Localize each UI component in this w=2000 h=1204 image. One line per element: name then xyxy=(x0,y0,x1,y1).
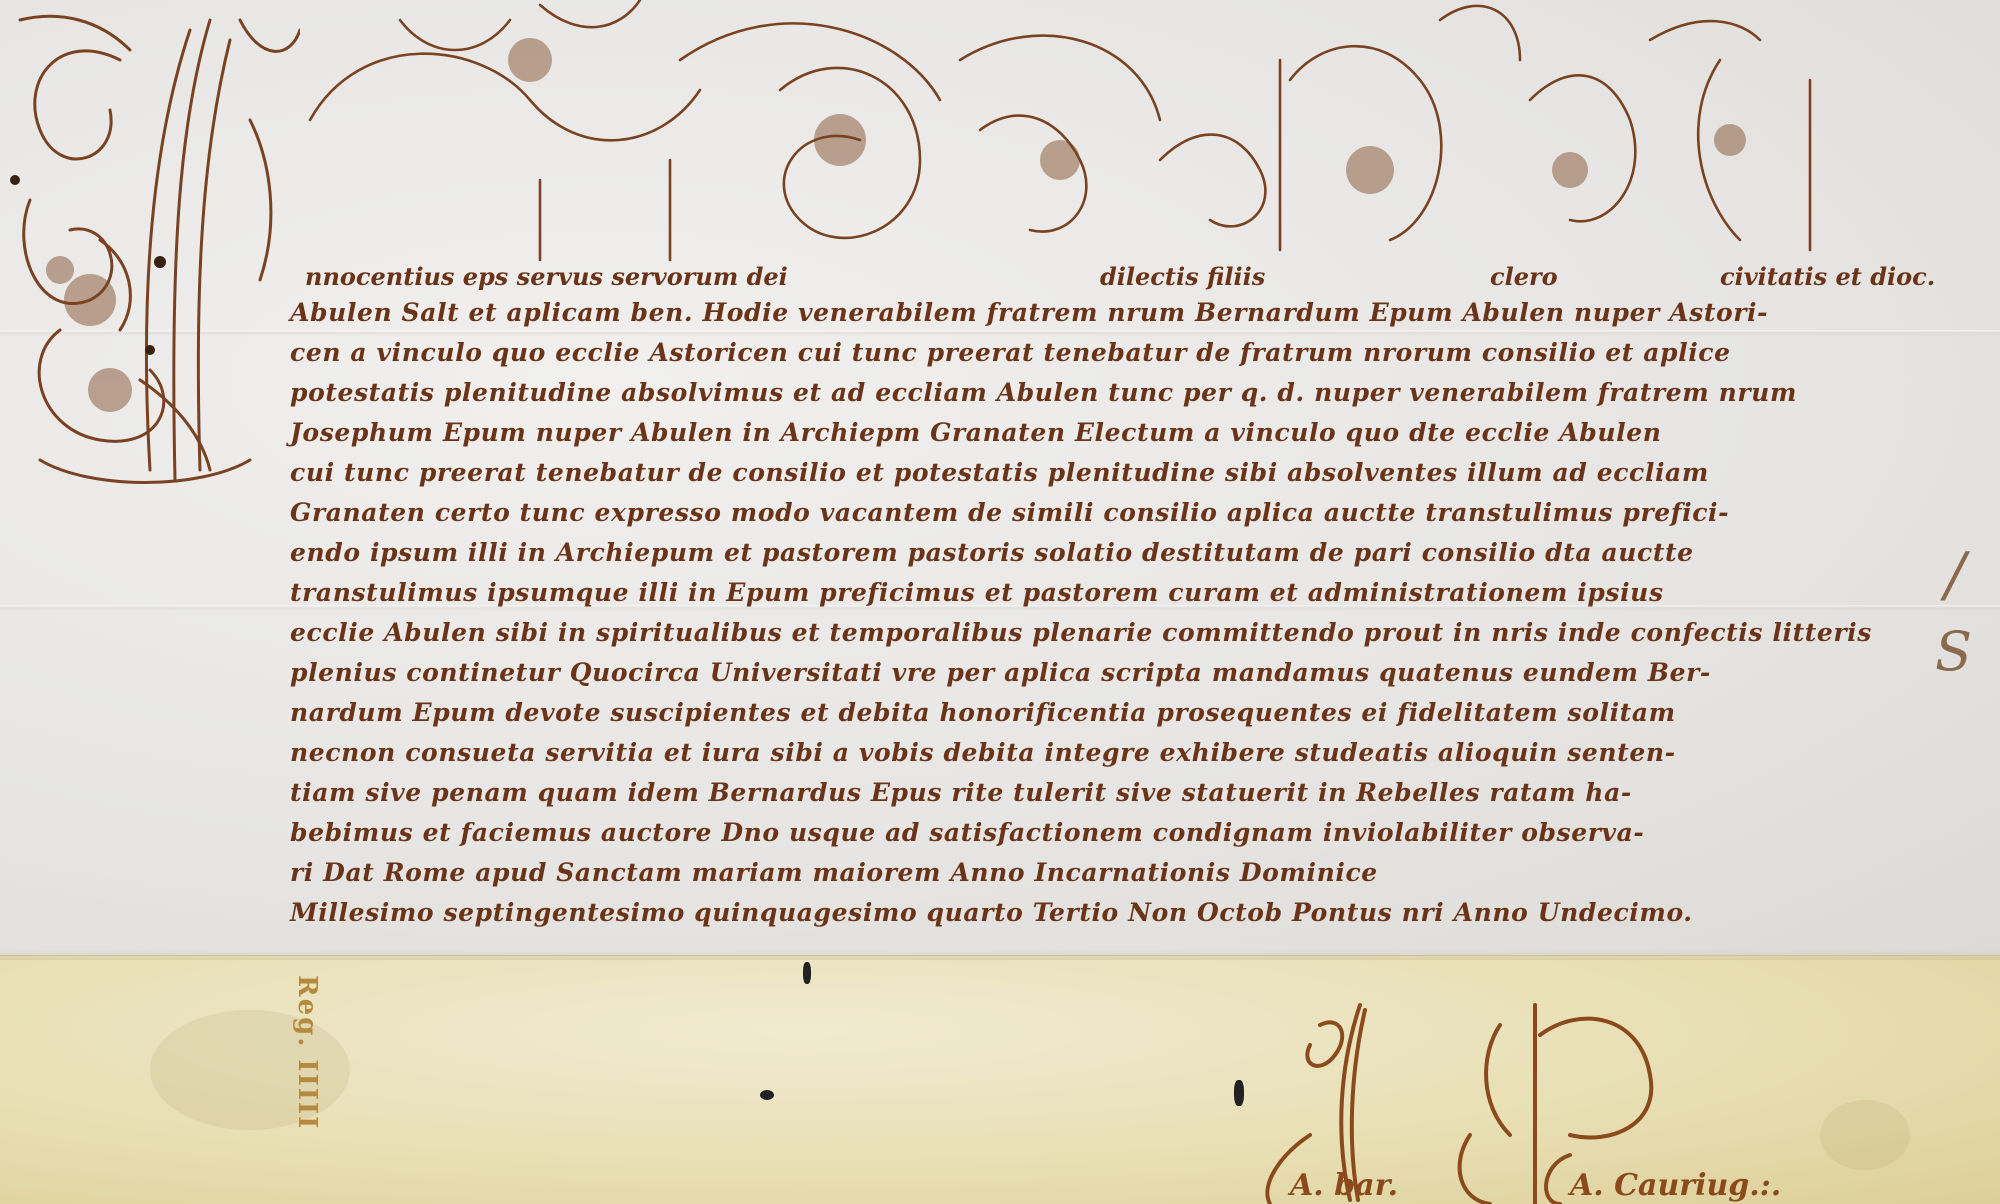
text-line: Millesimo septingentesimo quinquagesimo … xyxy=(290,898,1693,927)
first-line-incipit: nnocentius eps servus servorum dei xyxy=(305,262,788,291)
text-line: ecclie Abulen sibi in spiritualibus et t… xyxy=(290,618,1872,647)
ink-blot xyxy=(760,1090,774,1100)
text-line: endo ipsum illi in Archiepum et pastorem… xyxy=(290,538,1694,567)
text-line: ri Dat Rome apud Sanctam mariam maiorem … xyxy=(290,858,1378,887)
text-line: plenius continetur Quocirca Universitati… xyxy=(290,658,1711,687)
ornamental-header-flourish-icon xyxy=(280,0,1880,270)
text-line: nardum Epum devote suscipientes et debit… xyxy=(290,698,1676,727)
margin-mark: S xyxy=(1935,620,1972,683)
registry-mark: Reg. IIIII xyxy=(292,975,322,1130)
text-line: transtulimus ipsumque illi in Epum prefi… xyxy=(290,578,1664,607)
text-line: cen a vinculo quo ecclie Astoricen cui t… xyxy=(290,338,1731,367)
text-line: Josephum Epum nuper Abulen in Archiepm G… xyxy=(290,418,1662,447)
first-line-fragment: clero xyxy=(1490,262,1558,291)
text-line: Abulen Salt et aplicam ben. Hodie venera… xyxy=(290,298,1768,327)
plica-edge-shadow xyxy=(0,950,2000,960)
signature-left: A. bar. xyxy=(1290,1168,1398,1203)
text-line: tiam sive penam quam idem Bernardus Epus… xyxy=(290,778,1632,807)
signature-right: A. Cauriug.:. xyxy=(1570,1168,1781,1203)
margin-mark: / xyxy=(1945,540,1965,610)
ink-blot xyxy=(803,962,811,984)
first-line-fragment: civitatis et dioc. xyxy=(1720,262,1935,291)
text-line: bebimus et faciemus auctore Dno usque ad… xyxy=(290,818,1644,847)
text-line: necnon consueta servitia et iura sibi a … xyxy=(290,738,1676,767)
text-line: Granaten certo tunc expresso modo vacant… xyxy=(290,498,1729,527)
text-line: potestatis plenitudine absolvimus et ad … xyxy=(290,378,1797,407)
text-line: cui tunc preerat tenebatur de consilio e… xyxy=(290,458,1709,487)
first-line-fragment: dilectis filiis xyxy=(1100,262,1265,291)
fold-crease xyxy=(0,330,2000,336)
ornate-initial-letter-icon xyxy=(0,0,300,500)
